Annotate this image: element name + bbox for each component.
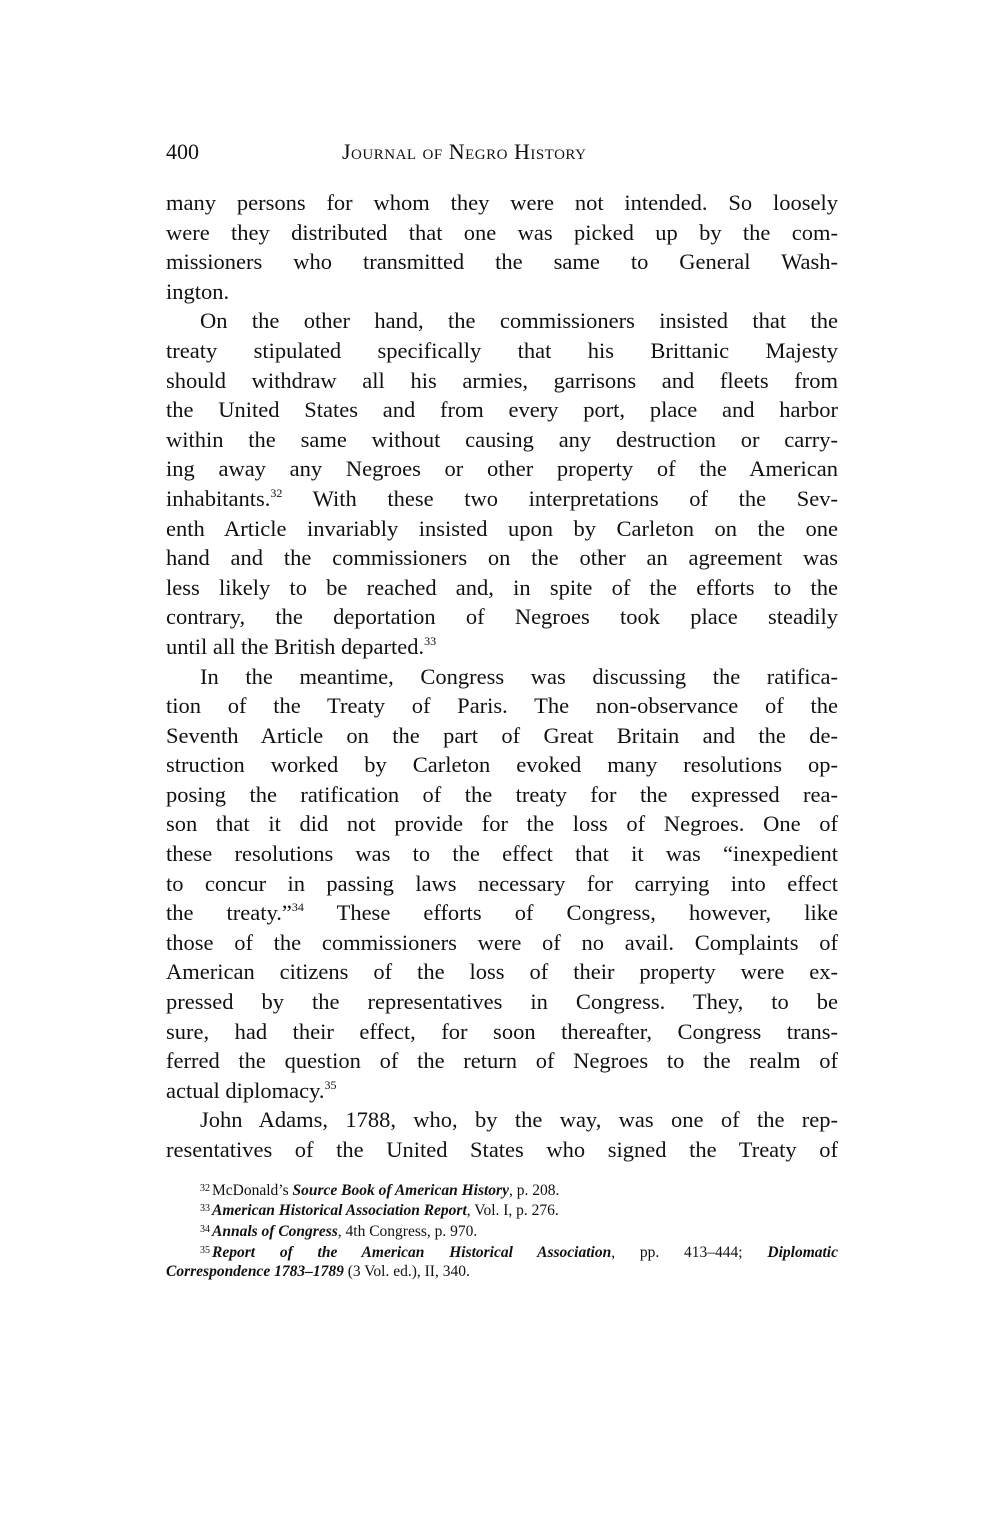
citation-title: American Historical Association Report bbox=[212, 1202, 467, 1219]
journal-title: Journal of Negro History bbox=[342, 136, 586, 168]
footnote-text: McDonald’s Source Book of American Histo… bbox=[212, 1182, 559, 1199]
line-text: pressed by the representatives in Congre… bbox=[166, 989, 838, 1014]
line-text: tion of the Treaty of Paris. The non-obs… bbox=[166, 693, 838, 718]
footnote-34: 34Annals of Congress, 4th Congress, p. 9… bbox=[166, 1220, 838, 1241]
text-line: resentatives of the United States who si… bbox=[166, 1135, 838, 1165]
text-line: hand and the commissioners on the other … bbox=[166, 543, 838, 573]
footnote-number: 33 bbox=[200, 1203, 210, 1214]
line-text: many persons for whom they were not inte… bbox=[166, 190, 838, 215]
text-line: tion of the Treaty of Paris. The non-obs… bbox=[166, 691, 838, 721]
line-text: inhabitants. bbox=[166, 486, 270, 511]
line-text: ferred the question of the return of Neg… bbox=[166, 1048, 838, 1073]
citation-title: Source Book of American History bbox=[293, 1182, 509, 1199]
text-line: until all the British departed.33 bbox=[166, 632, 838, 662]
footnote-text: Annals of Congress, 4th Congress, p. 970… bbox=[212, 1223, 477, 1240]
text-line: should withdraw all his armies, garrison… bbox=[166, 366, 838, 396]
page-number: 400 bbox=[166, 136, 199, 168]
citation-title: Diplomatic bbox=[767, 1244, 838, 1261]
line-text: son that it did not provide for the loss… bbox=[166, 811, 838, 836]
text-line: treaty stipulated specifically that his … bbox=[166, 336, 838, 366]
text-line: ferred the question of the return of Neg… bbox=[166, 1046, 838, 1076]
text-line: American citizens of the loss of their p… bbox=[166, 957, 838, 987]
text-line: son that it did not provide for the loss… bbox=[166, 809, 838, 839]
footnote-continuation: Correspondence 1783–1789 (3 Vol. ed.), I… bbox=[166, 1262, 838, 1283]
footnote-text: Correspondence 1783–1789 (3 Vol. ed.), I… bbox=[166, 1263, 470, 1280]
line-text: to concur in passing laws necessary for … bbox=[166, 871, 838, 896]
footnote-ref[interactable]: 34 bbox=[292, 900, 304, 914]
text-line: the United States and from every port, p… bbox=[166, 395, 838, 425]
line-text: these resolutions was to the effect that… bbox=[166, 841, 838, 866]
line-text: With these two interpretations of the Se… bbox=[282, 486, 838, 511]
line-text: Seventh Article on the part of Great Bri… bbox=[166, 723, 838, 748]
line-text: were they distributed that one was picke… bbox=[166, 220, 838, 245]
running-head: 400 Journal of Negro History bbox=[166, 136, 838, 168]
text-line: pressed by the representatives in Congre… bbox=[166, 987, 838, 1017]
line-text: American citizens of the loss of their p… bbox=[166, 959, 838, 984]
body-text: many persons for whom they were not inte… bbox=[166, 188, 838, 1165]
footnote-number: 35 bbox=[200, 1245, 210, 1256]
line-text: In the meantime, Congress was discussing… bbox=[200, 664, 838, 689]
text-line: actual diplomacy.35 bbox=[166, 1076, 838, 1106]
line-text: ington. bbox=[166, 279, 229, 304]
line-text: resentatives of the United States who si… bbox=[166, 1137, 838, 1162]
line-text: actual diplomacy. bbox=[166, 1078, 324, 1103]
text-line: to concur in passing laws necessary for … bbox=[166, 869, 838, 899]
footnote-number: 32 bbox=[200, 1183, 210, 1194]
text-line: less likely to be reached and, in spite … bbox=[166, 573, 838, 603]
text-line: within the same without causing any dest… bbox=[166, 425, 838, 455]
text-line: missioners who transmitted the same to G… bbox=[166, 247, 838, 277]
footnote-ref[interactable]: 33 bbox=[424, 634, 436, 648]
text-line: were they distributed that one was picke… bbox=[166, 218, 838, 248]
citation-title: Annals of Congress bbox=[212, 1223, 338, 1240]
text-line: ing away any Negroes or other property o… bbox=[166, 454, 838, 484]
text-line: enth Article invariably insisted upon by… bbox=[166, 514, 838, 544]
line-text: treaty stipulated specifically that his … bbox=[166, 338, 838, 363]
text-line: inhabitants.32 With these two interpreta… bbox=[166, 484, 838, 514]
footnote-32: 32McDonald’s Source Book of American His… bbox=[166, 1179, 838, 1200]
line-text: should withdraw all his armies, garrison… bbox=[166, 368, 838, 393]
text-line: On the other hand, the commissioners ins… bbox=[166, 306, 838, 336]
text-line: John Adams, 1788, who, by the way, was o… bbox=[166, 1105, 838, 1135]
text-line: posing the ratification of the treaty fo… bbox=[166, 780, 838, 810]
footnote-ref[interactable]: 35 bbox=[324, 1078, 336, 1092]
text-line: the treaty.”34 These efforts of Congress… bbox=[166, 898, 838, 928]
footnote-33: 33American Historical Association Report… bbox=[166, 1199, 838, 1220]
line-text: enth Article invariably insisted upon by… bbox=[166, 516, 838, 541]
text-line: struction worked by Carleton evoked many… bbox=[166, 750, 838, 780]
line-text: posing the ratification of the treaty fo… bbox=[166, 782, 838, 807]
text-line: these resolutions was to the effect that… bbox=[166, 839, 838, 869]
document-page: 400 Journal of Negro History many person… bbox=[166, 136, 838, 1283]
footnote-35: 35Report of the American Historical Asso… bbox=[166, 1241, 838, 1262]
footnote-number: 34 bbox=[200, 1224, 210, 1235]
footnotes: 32McDonald’s Source Book of American His… bbox=[166, 1179, 838, 1283]
line-text: those of the commissioners were of no av… bbox=[166, 930, 838, 955]
line-text: within the same without causing any dest… bbox=[166, 427, 838, 452]
line-text: the United States and from every port, p… bbox=[166, 397, 838, 422]
citation-title: Correspondence 1783–1789 bbox=[166, 1263, 344, 1280]
footnote-text: Report of the American Historical Associ… bbox=[212, 1244, 838, 1261]
text-line: In the meantime, Congress was discussing… bbox=[166, 662, 838, 692]
line-text: John Adams, 1788, who, by the way, was o… bbox=[200, 1107, 838, 1132]
line-text: hand and the commissioners on the other … bbox=[166, 545, 838, 570]
footnote-text: American Historical Association Report, … bbox=[212, 1202, 559, 1219]
line-text: sure, had their effect, for soon thereaf… bbox=[166, 1019, 838, 1044]
text-line: those of the commissioners were of no av… bbox=[166, 928, 838, 958]
line-text: struction worked by Carleton evoked many… bbox=[166, 752, 838, 777]
citation-title: Report of the American Historical Associ… bbox=[212, 1244, 611, 1261]
text-line: contrary, the deportation of Negroes too… bbox=[166, 602, 838, 632]
text-line: sure, had their effect, for soon thereaf… bbox=[166, 1017, 838, 1047]
line-text: missioners who transmitted the same to G… bbox=[166, 249, 838, 274]
text-line: many persons for whom they were not inte… bbox=[166, 188, 838, 218]
line-text: until all the British departed. bbox=[166, 634, 424, 659]
line-text: On the other hand, the commissioners ins… bbox=[200, 308, 838, 333]
line-text: less likely to be reached and, in spite … bbox=[166, 575, 838, 600]
footnote-ref[interactable]: 32 bbox=[270, 486, 282, 500]
text-line: Seventh Article on the part of Great Bri… bbox=[166, 721, 838, 751]
line-text: contrary, the deportation of Negroes too… bbox=[166, 604, 838, 629]
line-text: These efforts of Congress, however, like bbox=[304, 900, 838, 925]
line-text: ing away any Negroes or other property o… bbox=[166, 456, 838, 481]
text-line: ington. bbox=[166, 277, 838, 307]
line-text: the treaty.” bbox=[166, 900, 292, 925]
